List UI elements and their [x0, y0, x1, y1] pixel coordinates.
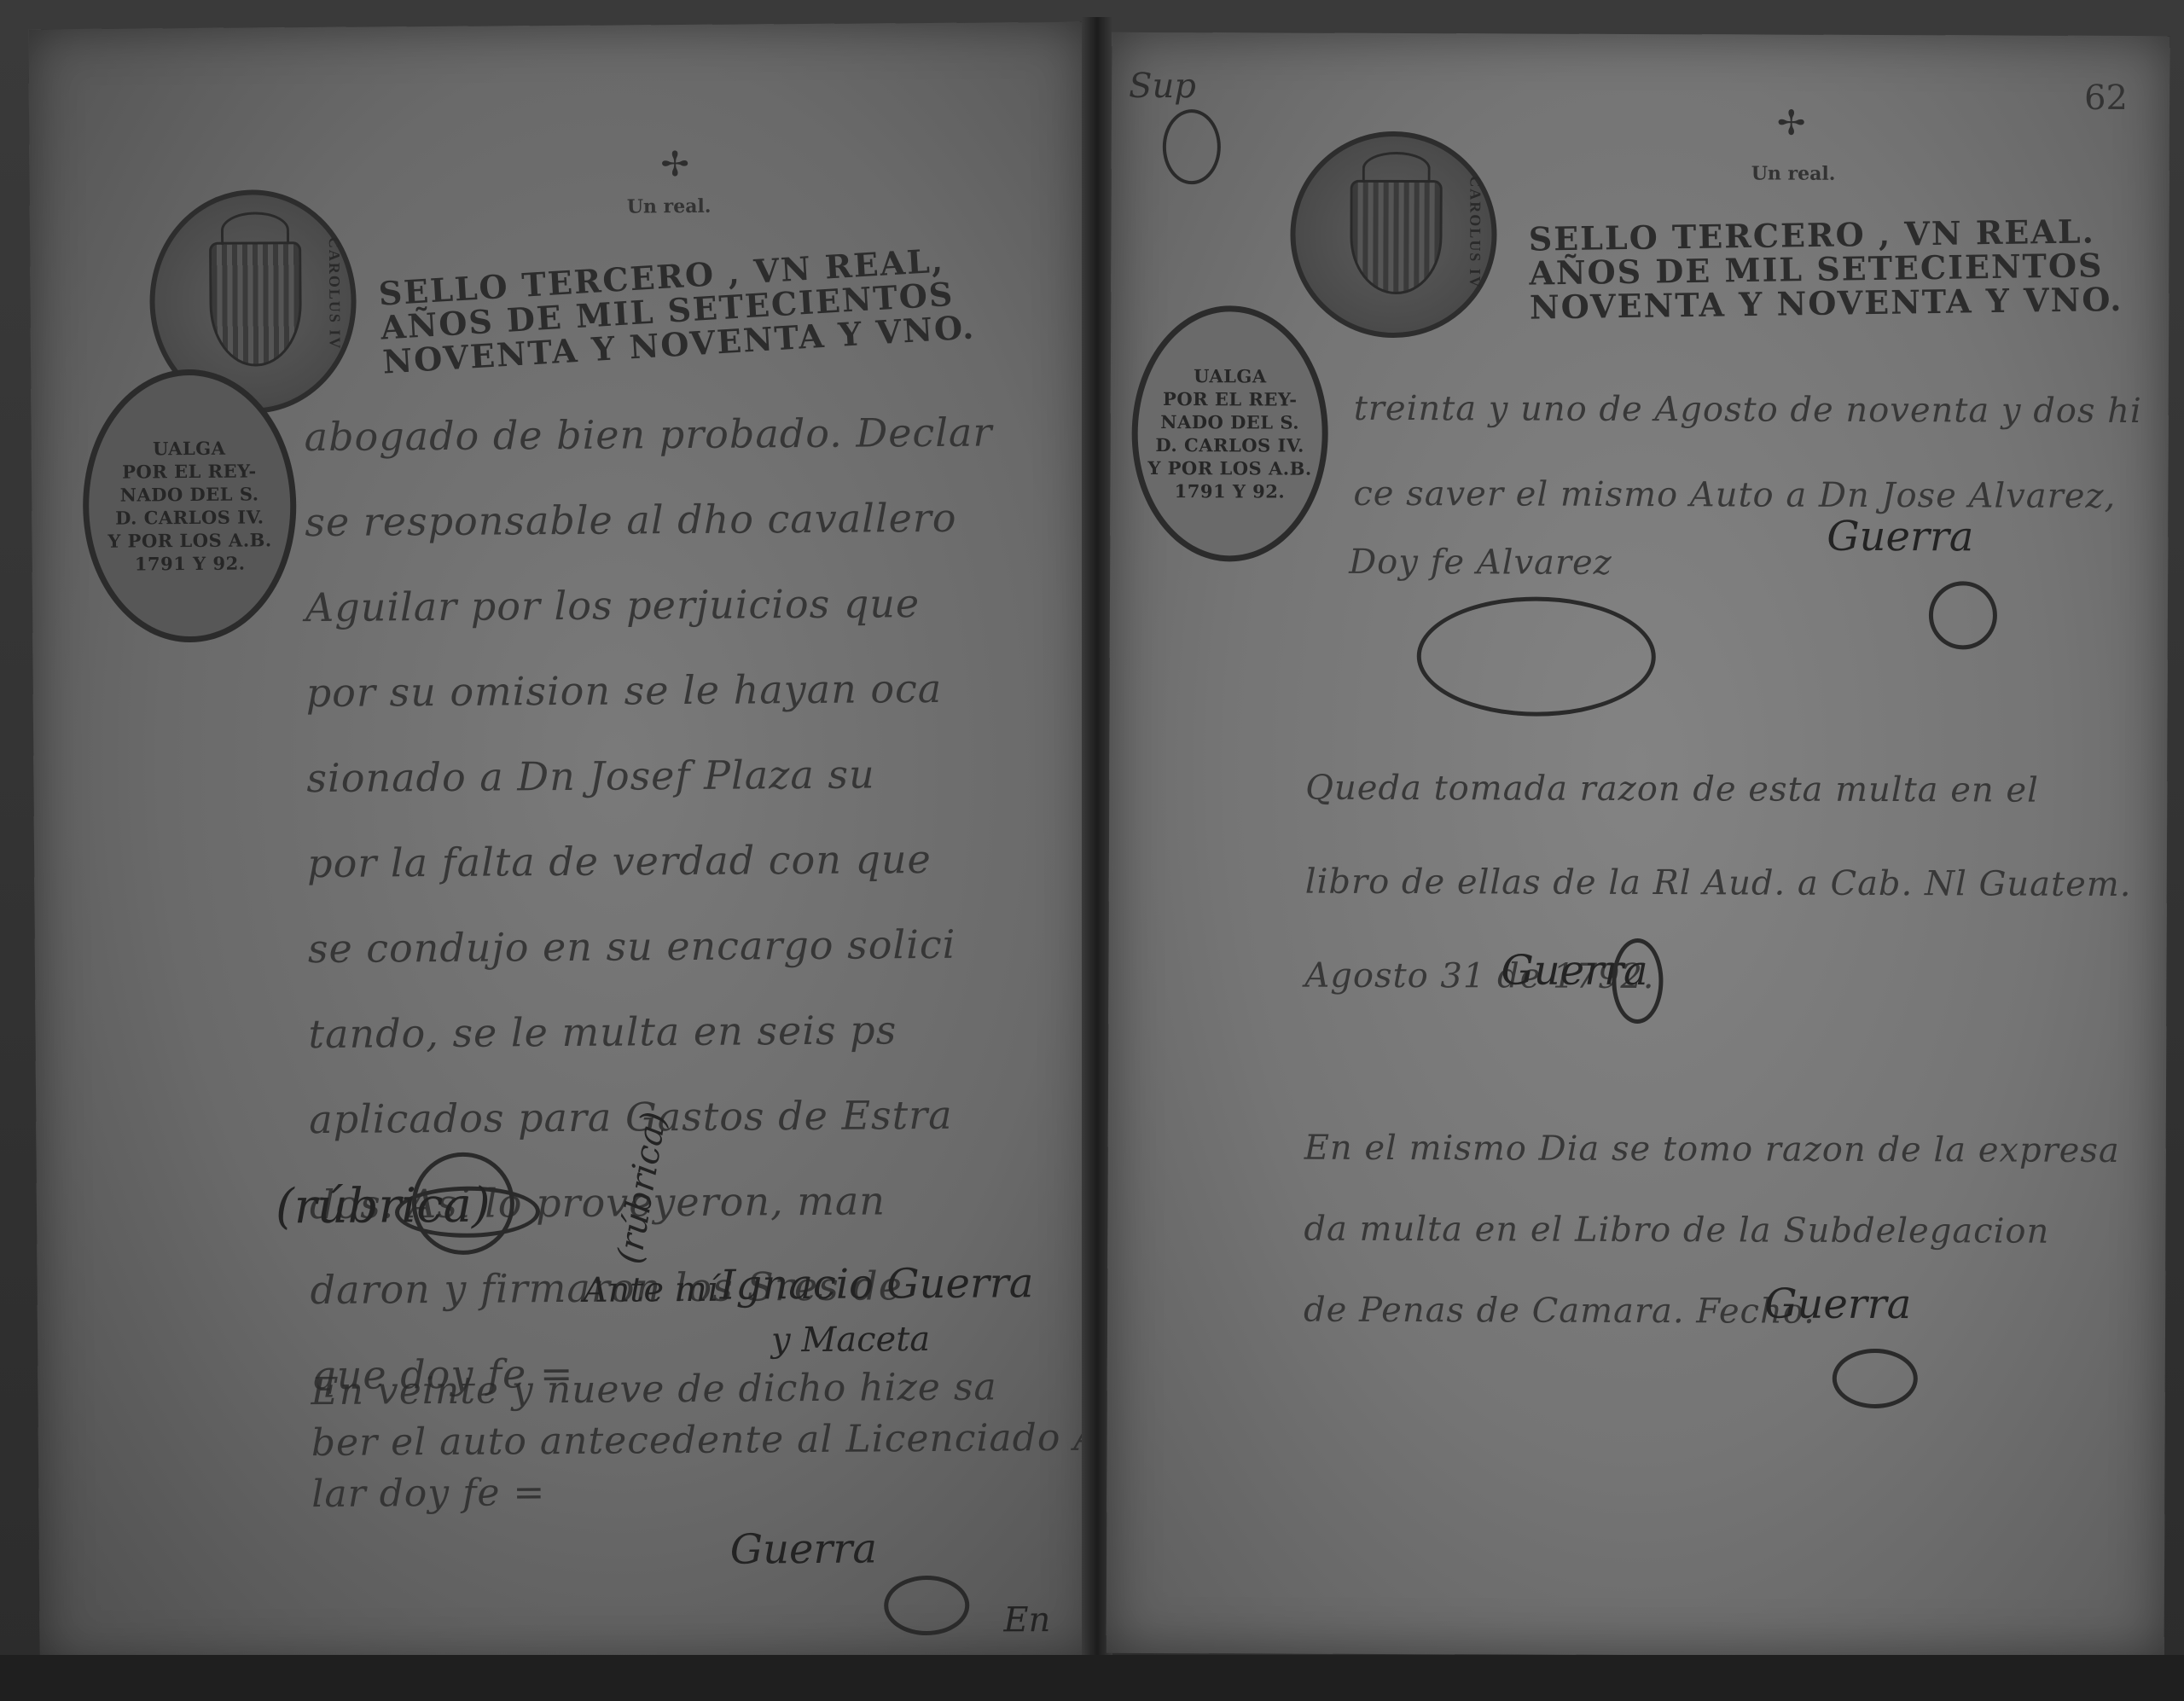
stamp-line: D. CARLOS IV. [1155, 433, 1304, 457]
text-line: Queda tomada razon de esta multa en el [1305, 741, 2132, 838]
header-un-real: Un real. [627, 195, 712, 218]
text-line: En veinte y nueve de dicho hize sa [311, 1361, 1164, 1418]
registry-note-2: En el mismo Dia se tomo razon de la expr… [1304, 1108, 2120, 1354]
valga-oval-stamp: UALGA POR EL REY- NADO DEL S. D. CARLOS … [1131, 305, 1328, 562]
stamp-line: POR EL REY- [1163, 387, 1298, 411]
stamp-line: UALGA [1194, 364, 1267, 387]
coat-of-arms-icon [209, 241, 301, 367]
stamp-line: 1791 Y 92. [135, 552, 246, 576]
header-un-real: Un real. [1751, 162, 1836, 184]
margin-rubric [1163, 109, 1221, 184]
stamp-line: NADO DEL S. [120, 482, 259, 506]
text-line: por la falta de verdad con que [307, 816, 996, 906]
signature-rubric-loop [884, 1576, 969, 1636]
stamp-line: Y POR LOS A.B. [1147, 456, 1311, 480]
cross-mark-icon: ✢ [1777, 103, 1806, 143]
text-line: lar doy fe = [311, 1463, 1165, 1520]
text-line: En el mismo Dia se tomo razon de la expr… [1304, 1108, 2120, 1192]
cross-mark-icon: ✢ [660, 144, 689, 184]
signature-maceta: y Maceta [771, 1320, 930, 1360]
text-line: libro de ellas de la Rl Aud. a Cab. Nl G… [1305, 835, 2132, 932]
text-line: de Penas de Camara. Fecho. [1304, 1270, 2119, 1354]
signature-rubric-loop [1929, 581, 1997, 649]
text-line: abogado de bien probado. Declar [304, 389, 992, 479]
signature-guerra: Guerra [1764, 1280, 1911, 1329]
signature-rubric-loop [1833, 1349, 1918, 1408]
signature-ignacio-guerra: Ignacio Guerra [719, 1259, 1033, 1309]
sello-line: NOVENTA Y NOVENTA Y VNO. [1530, 282, 2123, 325]
registry-note-1: Queda tomada razon de esta multa en el l… [1304, 741, 2132, 1025]
text-line: ber el auto antecedente al Licenciado Aq… [311, 1412, 1165, 1469]
right-folio: Sup ✢ 62 Un real. CAROLUS IV UALGA POR E… [1107, 32, 2170, 1657]
text-line: por su omision se le hayan oca [305, 645, 994, 735]
margin-note-sup: Sup [1129, 67, 1196, 106]
seal-ring-text: CAROLUS IV [325, 237, 344, 351]
signature-rubric-loop [1417, 596, 1656, 717]
coat-of-arms-icon [1350, 179, 1443, 294]
stamp-line: NADO DEL S. [1160, 410, 1299, 434]
text-line: treinta y uno de Agosto de noventa y dos… [1354, 366, 2142, 454]
folio-number: 62 [2084, 78, 2128, 118]
valga-oval-stamp: UALGA POR EL REY- NADO DEL S. D. CARLOS … [82, 369, 297, 643]
signature-rubric: (rúbrica) [276, 1178, 491, 1235]
text-line: Agosto 31 de 1792. [1304, 929, 2131, 1025]
seal-ring-text: CAROLUS IV [1466, 176, 1484, 289]
left-closing-text: En veinte y nueve de dicho hize sa ber e… [311, 1361, 1165, 1520]
text-line: Aguilar por los perjuicios que [305, 560, 994, 650]
text-line: sionado a Dn Josef Plaza su [306, 730, 995, 821]
text-line: da multa en el Libro de la Subdelegacion [1304, 1189, 2119, 1273]
stamp-line: POR EL REY- [122, 459, 257, 483]
scan-bottom-edge [0, 1655, 2184, 1701]
stamp-line: UALGA [153, 437, 226, 461]
signature-ante-mi: Ante mí [583, 1270, 717, 1310]
stamp-line: 1791 Y 92. [1175, 479, 1286, 502]
left-folio: Un real. ✢ CAROLUS IV UALGA POR EL REY- … [28, 22, 1097, 1668]
sello-tercero-header: SELLO TERCERO , VN REAL. AÑOS DE MIL SET… [1529, 214, 2123, 325]
royal-arms-seal: CAROLUS IV [1290, 131, 1497, 339]
signature-rubric-loop [1612, 938, 1663, 1024]
signature-guerra: Guerra [1827, 513, 1973, 561]
text-line: se condujo en su encargo solici [307, 901, 996, 991]
stamp-line: Y POR LOS A.B. [107, 528, 272, 552]
stamp-line: D. CARLOS IV. [115, 505, 264, 529]
sello-tercero-header: SELLO TERCERO , VN REAL, AÑOS DE MIL SET… [378, 242, 976, 380]
right-body-text: treinta y uno de Agosto de noventa y dos… [1353, 366, 2142, 539]
catchword: En [1003, 1600, 1050, 1640]
signature-guerra: Guerra [730, 1524, 878, 1573]
text-line: tando, se le multa en seis ps [308, 986, 996, 1077]
text-line: se responsable al dho cavallero [305, 474, 993, 565]
doy-fe-alvarez: Doy fe Alvarez [1349, 520, 1612, 606]
